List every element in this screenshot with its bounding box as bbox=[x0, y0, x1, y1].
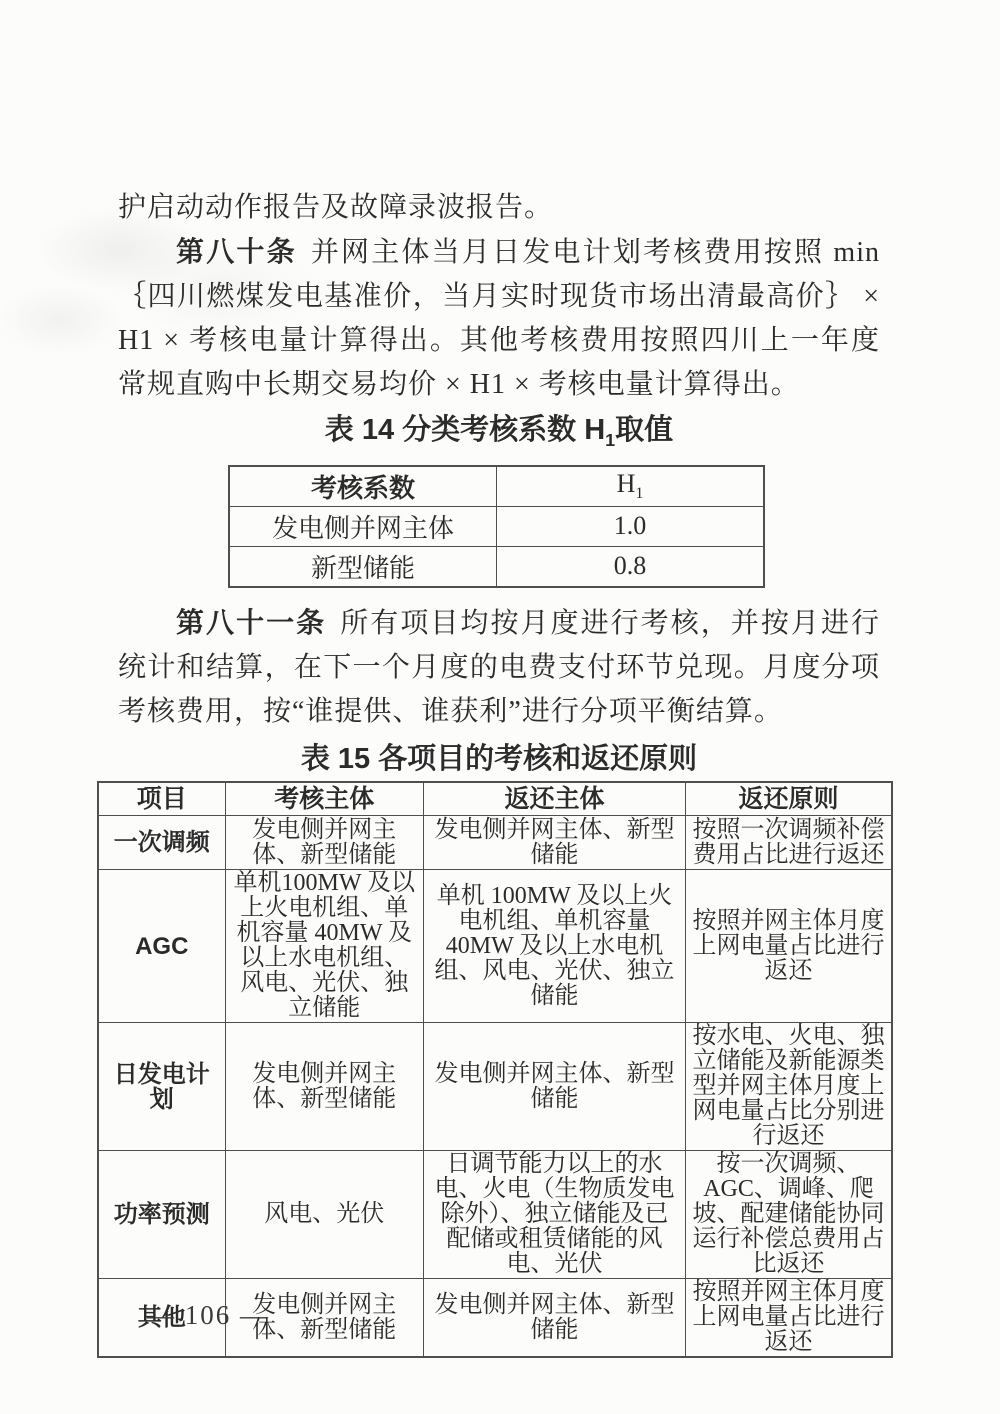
document-page: 护启动动作报告及故障录波报告。 第八十条并网主体当月日发电计划考核费用按照 mi… bbox=[0, 0, 1000, 1414]
table15-header-principle: 返还原则 bbox=[686, 782, 892, 816]
table-row: AGC 单机100MW 及以上火电机组、单机容量 40MW 及以上水电机组、风电… bbox=[98, 870, 892, 1023]
table15-header-returned: 返还主体 bbox=[424, 782, 686, 816]
document-content: 护启动动作报告及故障录波报告。 第八十条并网主体当月日发电计划考核费用按照 mi… bbox=[118, 0, 880, 1358]
table-cell: 单机 100MW 及以上火电机组、单机容量 40MW 及以上水电机组、风电、光伏… bbox=[424, 870, 686, 1023]
paragraph-text: 护启动动作报告及故障录波报告。 bbox=[118, 192, 553, 223]
table-cell: 发电侧并网主体 bbox=[229, 506, 497, 546]
table14-row: 发电侧并网主体 1.0 bbox=[229, 506, 764, 546]
table14-header-row: 考核系数 H1 bbox=[229, 466, 764, 507]
table15: 项目 考核主体 返还主体 返还原则 一次调频 发电侧并网主体、新型储能 发电侧并… bbox=[97, 781, 893, 1359]
table-cell: 新型储能 bbox=[229, 546, 497, 587]
table-cell: 按水电、火电、独立储能及新能源类型并网主体月度上网电量占比分别进行返还 bbox=[686, 1023, 892, 1151]
table-cell: 发电侧并网主体、新型储能 bbox=[225, 1023, 424, 1151]
table-cell: 日发电计划 bbox=[98, 1023, 225, 1151]
table-cell: 1.0 bbox=[497, 506, 765, 546]
paragraph-continuation: 护启动动作报告及故障录波报告。 bbox=[118, 186, 880, 230]
table14-title-prefix: 表 14 分类考核系数 H bbox=[325, 414, 605, 446]
table15-header-assessed: 考核主体 bbox=[225, 782, 424, 816]
table-cell: 发电侧并网主体、新型储能 bbox=[424, 1023, 686, 1151]
table-cell: 发电侧并网主体、新型储能 bbox=[225, 816, 424, 870]
table14: 考核系数 H1 发电侧并网主体 1.0 新型储能 0.8 bbox=[228, 465, 765, 588]
article-80-number: 第八十条 bbox=[176, 236, 297, 267]
table-cell: 一次调频 bbox=[98, 816, 225, 870]
article-81-number: 第八十一条 bbox=[176, 607, 326, 638]
table-cell: 按照并网主体月度上网电量占比进行返还 bbox=[686, 1279, 892, 1358]
table14-header-coefficient: 考核系数 bbox=[229, 466, 497, 507]
table-cell: 发电侧并网主体、新型储能 bbox=[424, 1279, 686, 1358]
table15-header-item: 项目 bbox=[98, 782, 225, 816]
table15-header-row: 项目 考核主体 返还主体 返还原则 bbox=[98, 782, 892, 816]
table14-title-suffix: 取值 bbox=[615, 414, 673, 446]
paragraph-article-80: 第八十条并网主体当月日发电计划考核费用按照 min｛四川燃煤发电基准价，当月实时… bbox=[118, 230, 880, 407]
table-cell: 功率预测 bbox=[98, 1151, 225, 1279]
table-row: 日发电计划 发电侧并网主体、新型储能 发电侧并网主体、新型储能 按水电、火电、独… bbox=[98, 1023, 892, 1151]
table-cell: 日调节能力以上的水电、火电（生物质发电除外）、独立储能及已配储或租赁储能的风电、… bbox=[424, 1151, 686, 1279]
h1-base: H bbox=[617, 469, 636, 498]
h1-subscript: 1 bbox=[635, 485, 643, 502]
table-cell: 按一次调频、AGC、调峰、爬坡、配建储能协同运行补偿总费用占比返还 bbox=[686, 1151, 892, 1279]
table14-title: 表 14 分类考核系数 H1取值 bbox=[118, 411, 880, 459]
table-cell: 风电、光伏 bbox=[225, 1151, 424, 1279]
table-row: 一次调频 发电侧并网主体、新型储能 发电侧并网主体、新型储能 按照一次调频补偿费… bbox=[98, 816, 892, 870]
table14-header-h1: H1 bbox=[497, 466, 765, 507]
table-cell: AGC bbox=[98, 870, 225, 1023]
page-number: — 106 — bbox=[147, 1300, 269, 1331]
table14-row: 新型储能 0.8 bbox=[229, 546, 764, 587]
table-cell: 0.8 bbox=[497, 546, 765, 587]
table-cell: 按照一次调频补偿费用占比进行返还 bbox=[686, 816, 892, 870]
table-row: 功率预测 风电、光伏 日调节能力以上的水电、火电（生物质发电除外）、独立储能及已… bbox=[98, 1151, 892, 1279]
table-cell: 单机100MW 及以上火电机组、单机容量 40MW 及以上水电机组、风电、光伏、… bbox=[225, 870, 424, 1023]
table-cell: 发电侧并网主体、新型储能 bbox=[424, 816, 686, 870]
table14-title-subscript: 1 bbox=[605, 430, 615, 450]
table-cell: 按照并网主体月度上网电量占比进行返还 bbox=[686, 870, 892, 1023]
paragraph-article-81: 第八十一条所有项目均按月度进行考核，并按月进行统计和结算，在下一个月度的电费支付… bbox=[118, 601, 880, 734]
table15-title: 表 15 各项目的考核和返还原则 bbox=[118, 742, 880, 776]
